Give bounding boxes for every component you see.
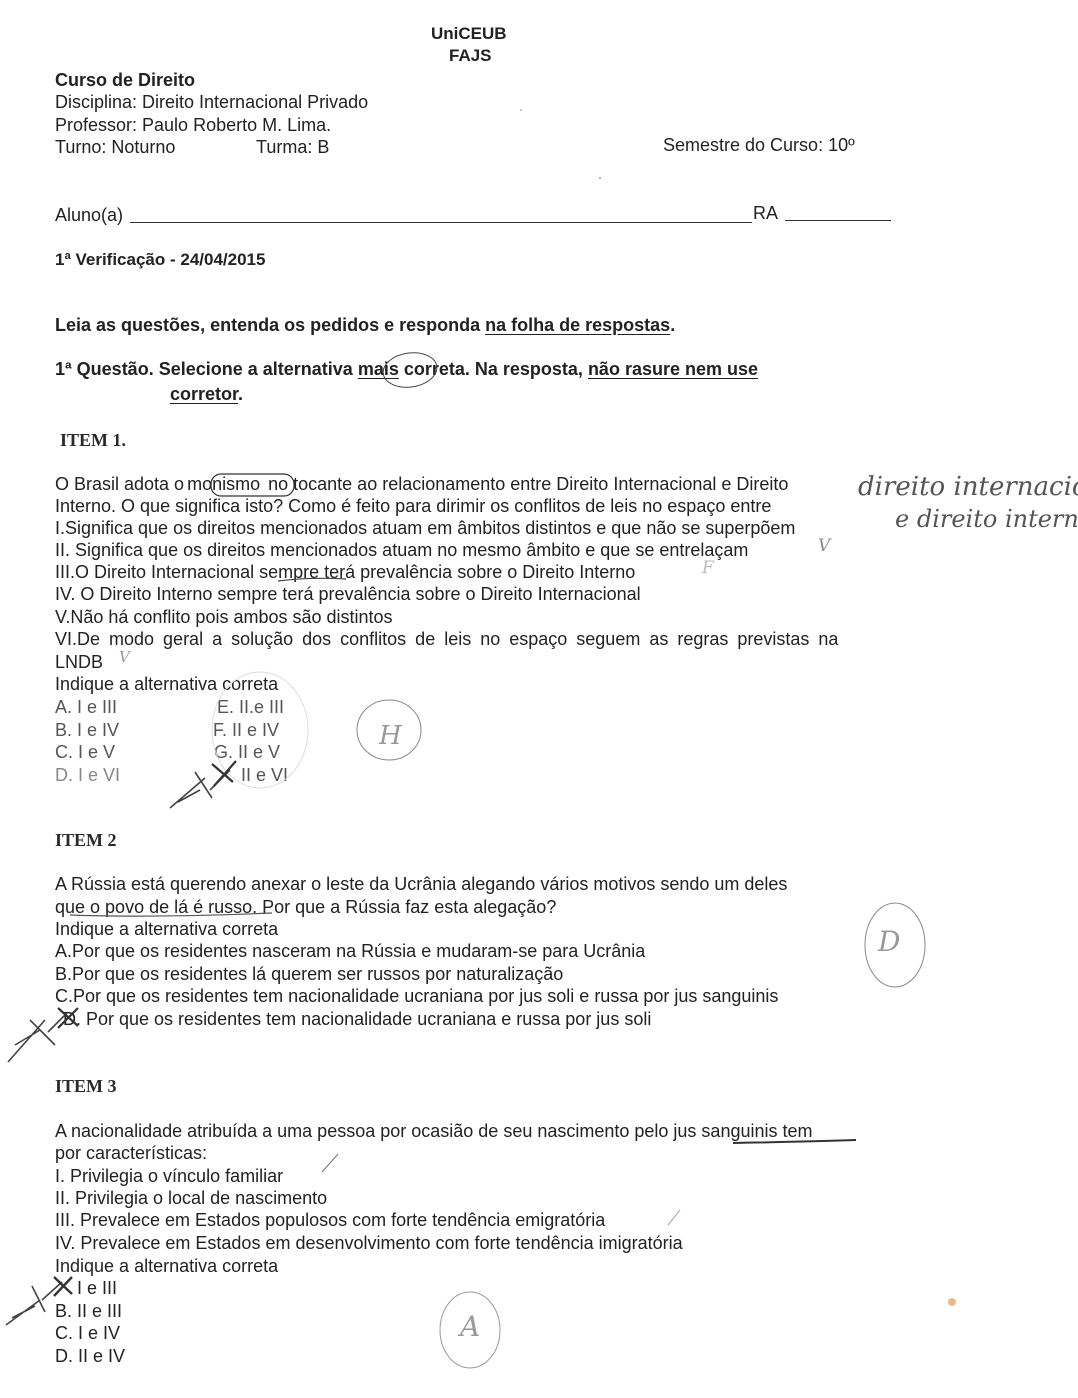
item-2-option-c[interactable]: C.Por que os residentes tem nacionalidad… [55,986,778,1007]
instructions-line: Leia as questões, entenda os pedidos e r… [55,315,675,336]
stem-text: O Brasil adota o [55,474,184,494]
student-name-field[interactable] [130,222,752,223]
circled-answer-item-1: H [379,721,402,751]
item-3-statement-2: II. Privilegia o local de nascimento [55,1188,327,1209]
stem-circled-word: monismo [184,474,263,494]
item-1-stem-line-2: Interno. O que significa isto? Como é fe… [55,496,771,517]
statement-text: III.O Direito Internacional sempre terá … [55,562,635,582]
exam-title: 1ª Verificação - 24/04/2015 [55,250,265,270]
circled-answer-item-2: D [878,925,900,958]
item-3-stem-line-1: A nacionalidade atribuída a uma pessoa p… [55,1121,813,1142]
question-text-2: correta. Na resposta, [399,359,588,379]
option-h-text: II e VI [236,765,288,785]
question-emphasis: mais [358,359,399,379]
stem-text: . Por que a Rússia faz esta alegação? [252,897,556,917]
handwritten-note-line-2: e direito interno [895,505,1078,533]
item-3-statement-3: III. Prevalece em Estados populosos com … [55,1210,605,1231]
stem-text: que o [55,897,105,917]
student-label: Aluno(a) [55,205,123,226]
item-3-option-c[interactable]: C. I e IV [55,1323,120,1344]
item-1-option-g[interactable]: G. II e V [214,742,280,763]
question-statement-cont: corretor. [170,384,243,405]
question-warning: não rasure nem use [588,359,758,379]
item-2-option-b[interactable]: B.Por que os residentes lá querem ser ru… [55,964,563,985]
class-group: Turma: B [256,137,329,158]
item-3-option-b[interactable]: B. II e III [55,1301,122,1322]
item-3-title: ITEM 3 [55,1076,117,1097]
item-1-prompt: Indique a alternativa correta [55,674,278,695]
item-1-option-c[interactable]: C. I e V [55,742,115,763]
mark-statement-3: F [702,558,714,578]
arrow-mark-icon [8,1012,68,1062]
question-warning-2: corretor [170,384,238,404]
item-3-option-a[interactable]: A. I e III [55,1278,117,1299]
instructions-emphasis: na folha de respostas [485,315,670,335]
item-1-stem-line-1: O Brasil adota omonismo no tocante ao re… [55,474,788,495]
option-d-text: D. Por que os residentes tem nacionalida… [63,1009,651,1029]
item-1-option-d[interactable]: D. I e VI [55,765,120,786]
item-1-option-f[interactable]: F. II e IV [213,720,279,741]
item-3-statement-4: IV. Prevalece em Estados em desenvolvime… [55,1233,683,1254]
shift: Turno: Noturno [55,137,175,158]
item-3-statement-1: I. Privilegia o vínculo familiar [55,1166,283,1187]
faculty-name: FAJS [449,46,492,66]
instructions-text: Leia as questões, entenda os pedidos e r… [55,315,485,335]
item-1-option-a[interactable]: A. I e III [55,697,117,718]
item-2-stem-line-1: A Rússia está querendo anexar o leste da… [55,874,787,895]
item-2-stem-line-2: que o povo de lá é russo. Por que a Rúss… [55,897,556,918]
item-3-stem-line-2: por características: [55,1143,207,1164]
option-a-text: I e III [72,1278,117,1298]
question-end: . [238,384,243,404]
question-statement: 1ª Questão. Selecione a alternativa mais… [55,359,758,380]
stain-mark-icon [948,1298,956,1306]
stem-underlined: jus sanguinis [673,1121,777,1141]
question-text-1: Selecione a alternativa [159,359,358,379]
item-1-statement-3: III.O Direito Internacional sempre terá … [55,562,635,583]
item-2-prompt: Indique a alternativa correta [55,919,278,940]
item-2-option-a[interactable]: A.Por que os residentes nasceram na Rúss… [55,941,645,962]
item-1-option-b[interactable]: B. I e IV [55,720,119,741]
item-1-option-e[interactable]: E. II.e III [217,697,284,718]
stem-text: tem [777,1121,812,1141]
item-1-statement-2: II. Significa que os direitos mencionado… [55,540,748,561]
stem-text: no tocante ao relacionamento entre Direi… [263,474,788,494]
circled-answer-item-3: A [460,1310,480,1343]
item-1-statement-6: VI.De modo geral a solução dos conflitos… [55,629,838,650]
item-1-title: ITEM 1. [60,430,126,451]
item-2-title: ITEM 2 [55,830,117,851]
course-title: Curso de Direito [55,70,195,91]
item-1-statement-4: IV. O Direito Interno sempre terá preval… [55,584,641,605]
discipline: Disciplina: Direito Internacional Privad… [55,92,368,113]
mark-statement-2: V [818,536,830,556]
professor: Professor: Paulo Roberto M. Lima. [55,115,331,136]
instructions-end: . [670,315,675,335]
handwritten-note-line-1: direito internacional [858,472,1078,502]
item-2-option-d[interactable]: D. Por que os residentes tem nacionalida… [63,1009,651,1030]
item-3-option-d[interactable]: D. II e IV [55,1346,125,1367]
item-1-statement-6-cont: LNDB [55,652,103,673]
mark-statement-6: V [119,648,130,666]
ra-label: RA [753,203,778,224]
question-label: 1ª Questão. [55,359,159,379]
item-1-statement-1: I.Significa que os direitos mencionados … [55,518,795,539]
ra-field[interactable] [785,220,891,221]
stem-underlined: povo de lá é russo [105,897,252,917]
institution-name: UniCEUB [431,24,507,44]
item-1-statement-5: V.Não há conflito pois ambos são distint… [55,607,393,628]
item-3-prompt: Indique a alternativa correta [55,1256,278,1277]
semester: Semestre do Curso: 10º [663,135,855,156]
stem-text: A nacionalidade atribuída a uma pessoa p… [55,1121,673,1141]
item-1-option-h[interactable]: H. II e VI [218,765,288,786]
arrow-mark-icon [6,1282,62,1325]
